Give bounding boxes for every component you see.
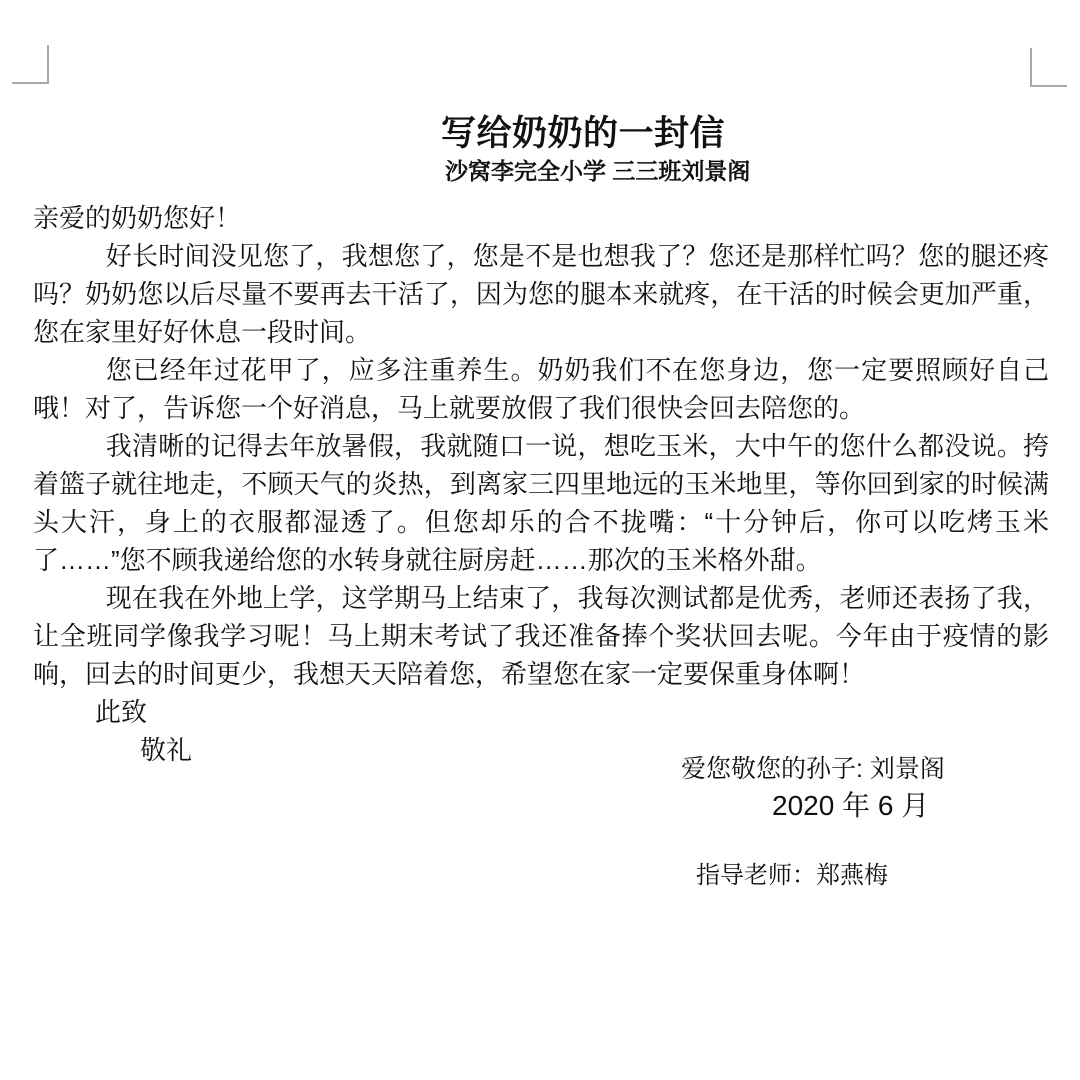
letter-closing-cizhi: 此致 — [95, 693, 1049, 731]
letter-paragraph-1: 好长时间没见您了，我想您了，您是不是也想我了？您还是那样忙吗？您的腿还疼吗？奶奶… — [33, 237, 1049, 351]
crop-mark-top-right — [1030, 48, 1067, 87]
letter-paragraph-4: 现在我在外地上学，这学期马上结束了，我每次测试都是优秀，老师还表扬了我，让全班同… — [33, 579, 1049, 693]
letter-paragraph-3: 我清晰的记得去年放暑假，我就随口一说，想吃玉米，大中午的您什么都没说。挎着篮子就… — [33, 427, 1049, 579]
letter-salutation: 亲爱的奶奶您好！ — [33, 199, 1049, 237]
crop-mark-top-left — [12, 45, 49, 84]
letter-byline-school-class-author: 沙窝李完全小学 三三班刘景阁 — [445, 158, 750, 186]
letter-teacher-credit: 指导老师：郑燕梅 — [696, 862, 888, 891]
letter-date: 2020 年 6 月 — [772, 789, 929, 823]
letter-signature: 爱您敬您的孙子: 刘景阁 — [681, 754, 945, 784]
letter-body: 亲爱的奶奶您好！ 好长时间没见您了，我想您了，您是不是也想我了？您还是那样忙吗？… — [33, 199, 1049, 769]
letter-paragraph-2: 您已经年过花甲了，应多注重养生。奶奶我们不在您身边，您一定要照顾好自己哦！对了，… — [33, 351, 1049, 427]
letter-document-page: 写给奶奶的一封信 沙窝李完全小学 三三班刘景阁 亲爱的奶奶您好！ 好长时间没见您… — [0, 0, 1080, 1080]
letter-title: 写给奶奶的一封信 — [441, 115, 725, 154]
